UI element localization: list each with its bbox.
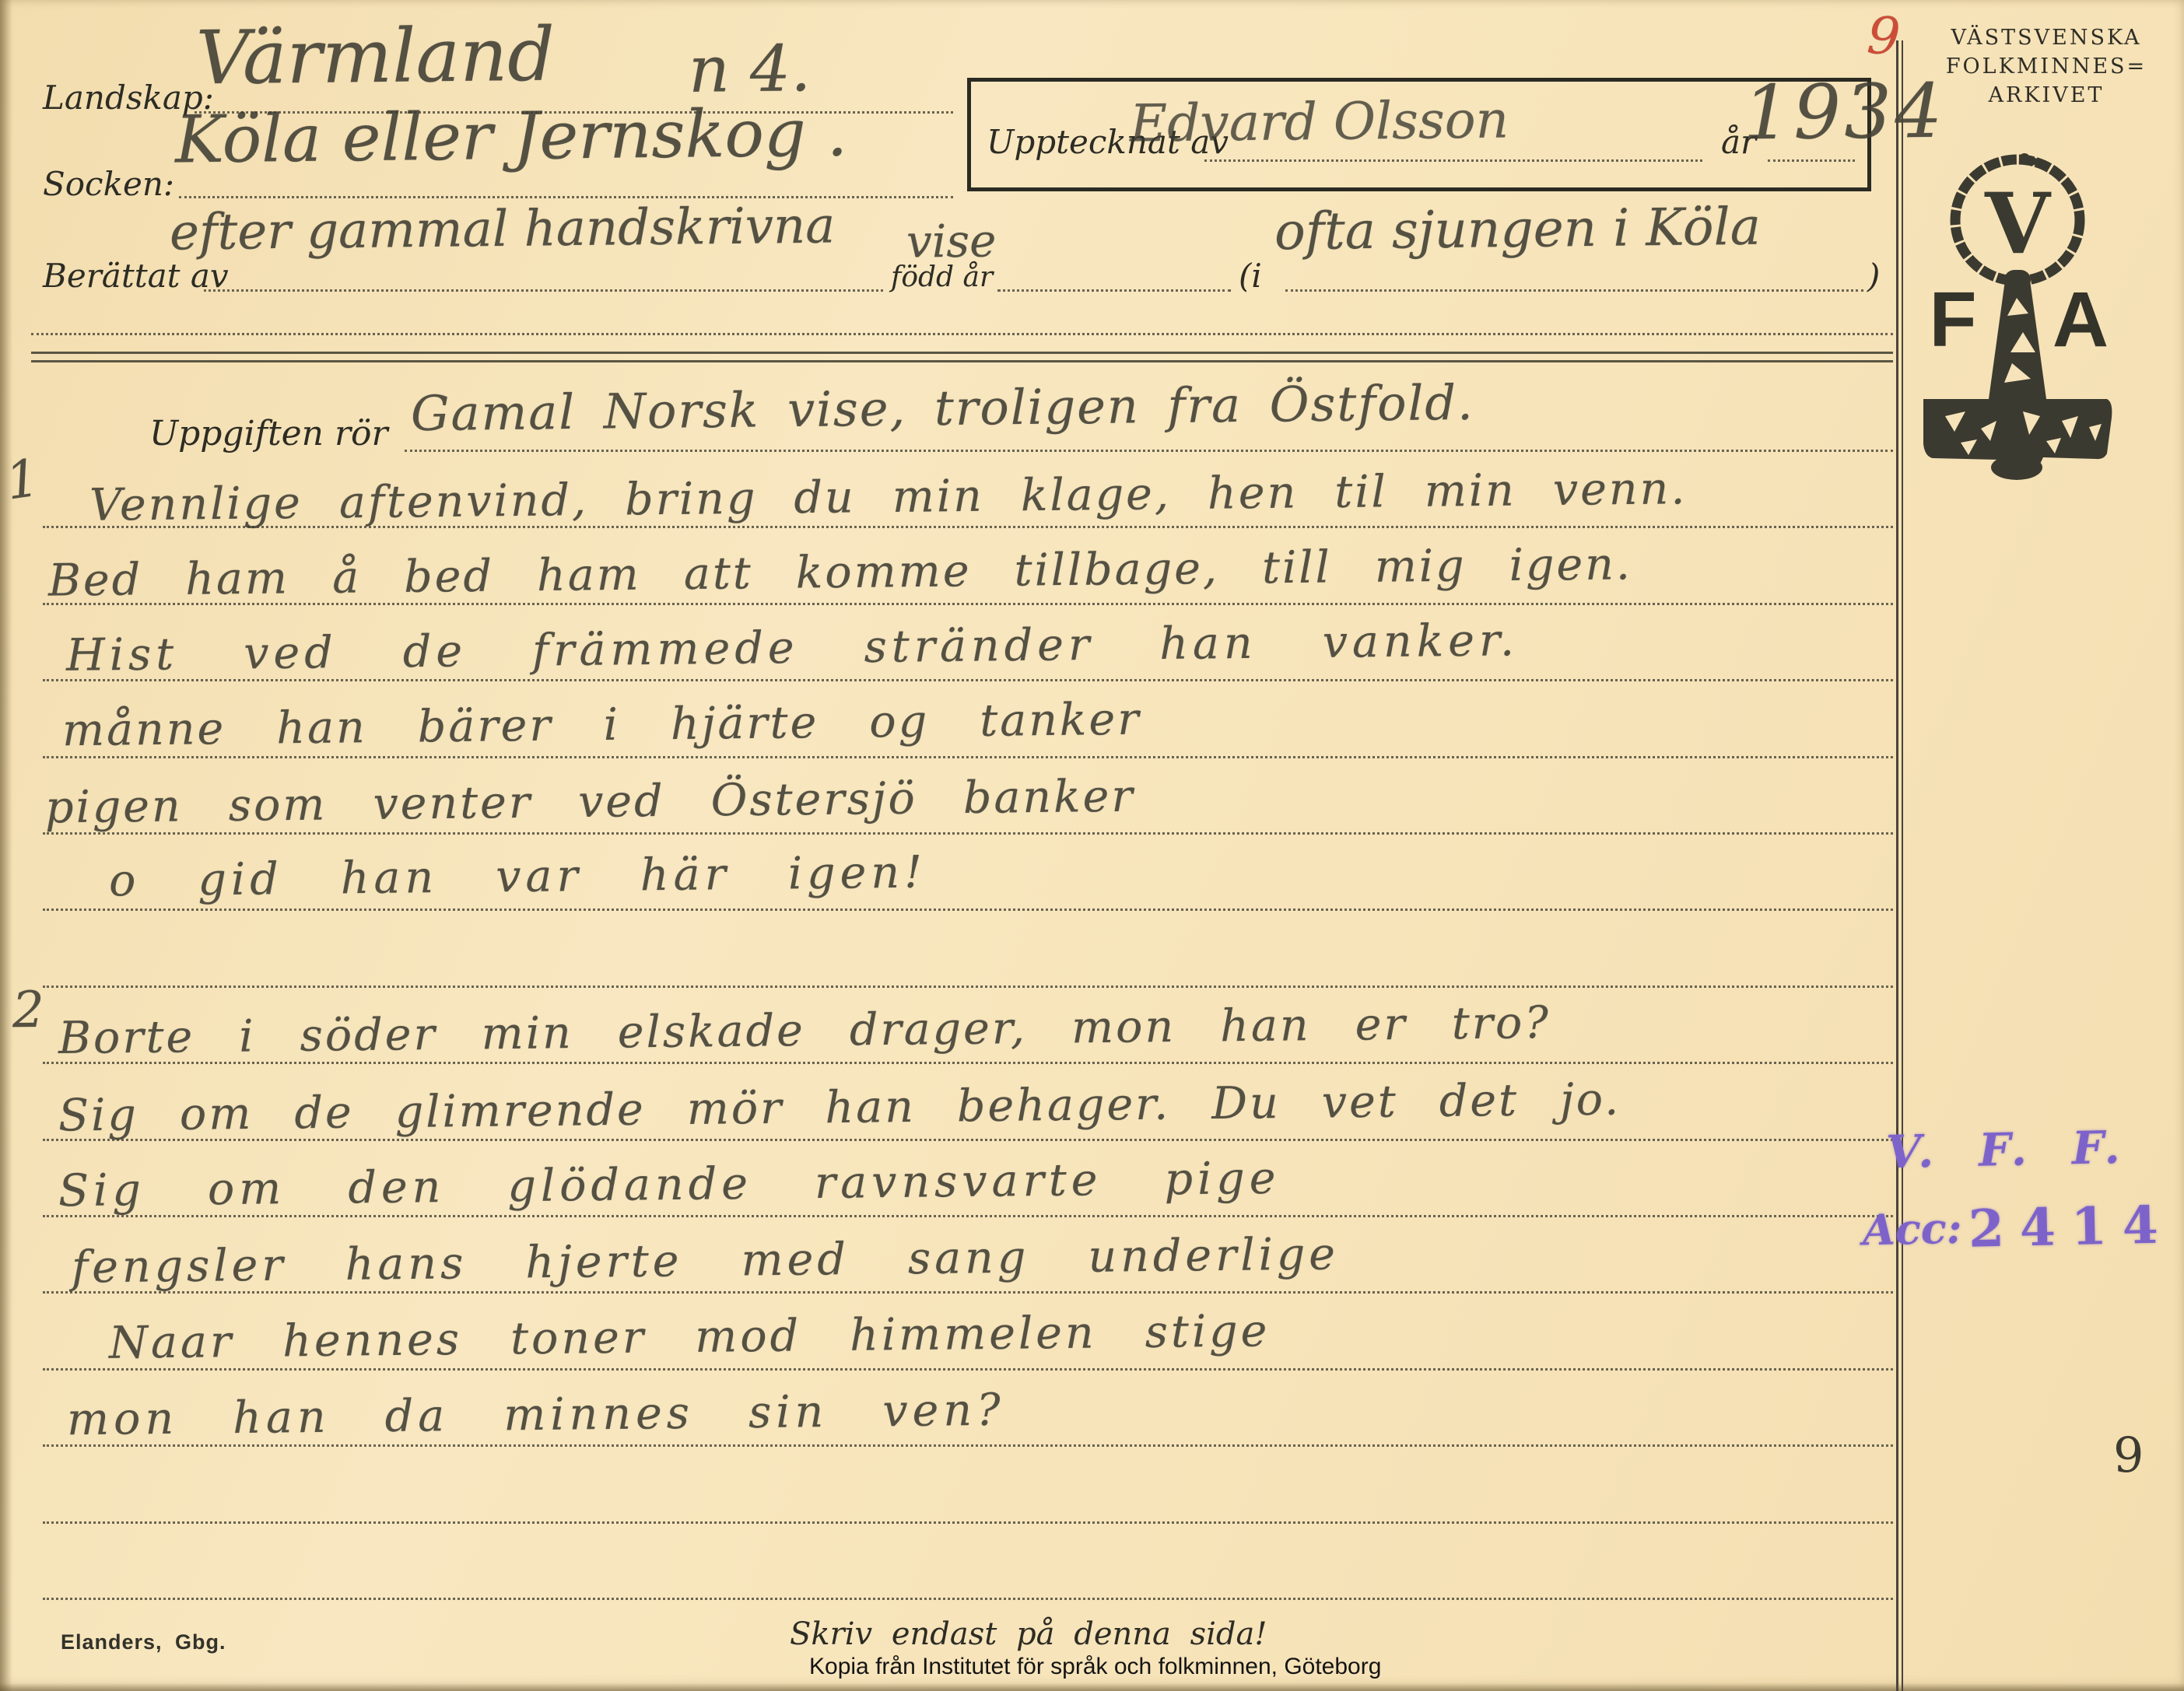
acc-stamp-number: 2414 xyxy=(1968,1194,2174,1259)
socken-label: Socken: xyxy=(43,165,174,203)
header-solid-rule-1 xyxy=(31,352,1893,354)
svg-text:A: A xyxy=(2053,276,2109,363)
socken-value-handwriting: Köla eller Jernskog . xyxy=(175,94,848,177)
vff-stamp: V. F. F. xyxy=(1885,1121,2125,1178)
dotted-rule xyxy=(43,1215,1893,1217)
acc-stamp-label: Acc: xyxy=(1862,1203,1962,1255)
uppgiften-value-handwriting: Gamal Norsk vise, troligen fra Östfold. xyxy=(411,374,1474,442)
berattat-value-handwriting: efter gammal handskrivna xyxy=(170,198,836,262)
dotted-rule xyxy=(43,832,1893,835)
landskap-value-handwriting: Värmland xyxy=(195,12,555,102)
archive-name-line2: FOLKMINNES= xyxy=(1910,52,2182,81)
berattat-dotted-line-3 xyxy=(1285,289,1863,292)
scan-left-edge xyxy=(0,0,12,1691)
header-dotted-rule xyxy=(31,333,1893,335)
write-only-this-side-note: Skriv endast på denna sida! xyxy=(790,1616,1267,1652)
socken-dotted-line xyxy=(179,196,953,198)
dotted-rule xyxy=(405,450,1893,452)
verse2-line2-handwriting: Sig om de glimrende mör han behager. Du … xyxy=(58,1073,1621,1141)
verse2-line4-handwriting: fengsler hans hjerte med sang underlige xyxy=(72,1228,1340,1293)
dotted-rule xyxy=(43,1598,1893,1600)
printer-imprint: Elanders, Gbg. xyxy=(61,1630,226,1654)
dotted-rule xyxy=(43,1444,1893,1447)
verse2-line6-handwriting: mon han da minnes sin ven? xyxy=(67,1385,1005,1446)
verse1-line6-handwriting: o gid han var här igen! xyxy=(109,846,927,906)
archive-name-line1: VÄSTSVENSKA xyxy=(1910,23,2182,52)
dotted-rule xyxy=(43,1291,1893,1294)
paren-value-handwriting: ofta sjungen i Köla xyxy=(1274,197,1762,262)
archive-logo-thors-hammer-icon: V F A xyxy=(1906,152,2155,494)
dotted-rule xyxy=(43,756,1893,758)
verse2-line1-handwriting: Borte i söder min elskade drager, mon ha… xyxy=(58,997,1551,1064)
header-solid-rule-2 xyxy=(31,360,1893,362)
berattat-av-label: Berättat av xyxy=(43,257,229,295)
dotted-rule xyxy=(43,986,1893,988)
paren-open-label: (i xyxy=(1239,257,1262,295)
archive-name-line3: ARKIVET xyxy=(1910,81,2182,110)
archive-record-card: Landskap: Värmland n 4. Socken: Köla ell… xyxy=(0,0,2184,1691)
dotted-rule xyxy=(43,1139,1893,1141)
berattat-dotted-line-2 xyxy=(997,289,1231,292)
page-number: 9 xyxy=(2113,1427,2144,1483)
scan-bottom-edge xyxy=(0,1683,2184,1691)
verse2-number-handwriting: 2 xyxy=(12,982,44,1039)
svg-text:V: V xyxy=(1984,175,2052,273)
upptecknat-dotted-line xyxy=(1204,159,1702,162)
ar-dotted-line xyxy=(1768,159,1855,162)
dotted-rule xyxy=(43,909,1893,911)
recorder-name-handwriting: Edvard Olsson xyxy=(1130,89,1509,153)
berattat-dotted-line-1 xyxy=(204,289,883,292)
paren-close-label: ) xyxy=(1867,257,1880,295)
right-margin-divider-line-2 xyxy=(1902,40,1903,1691)
svg-text:F: F xyxy=(1929,276,1976,363)
right-margin-divider-line-1 xyxy=(1896,40,1898,1691)
dotted-rule xyxy=(43,679,1893,681)
dotted-rule xyxy=(43,1062,1893,1064)
uppgiften-ror-label: Uppgiften rör xyxy=(149,414,388,453)
verse2-line3-handwriting: Sig om den glödande ravnsvarte pige xyxy=(58,1153,1281,1217)
berattat-value2-handwriting: vise xyxy=(906,214,997,268)
copy-attribution-note: Kopia från Institutet för språk och folk… xyxy=(809,1654,1381,1680)
verse1-line2-handwriting: Bed ham å bed ham att komme tillbage, ti… xyxy=(48,538,1633,606)
verse1-line3-handwriting: Hist ved de främmede stränder han vanker… xyxy=(66,614,1520,681)
verse2-line5-handwriting: Naar hennes toner mod himmelen stige xyxy=(109,1305,1271,1369)
verse1-line4-handwriting: månne han bärer i hjärte og tanker xyxy=(62,694,1141,757)
dotted-rule xyxy=(43,1521,1893,1524)
verse1-line5-handwriting: pigen som venter ved Östersjö banker xyxy=(45,771,1135,834)
dotted-rule xyxy=(43,1368,1893,1371)
verse1-line1-handwriting: Vennlige aftenvind, bring du min klage, … xyxy=(89,463,1688,530)
